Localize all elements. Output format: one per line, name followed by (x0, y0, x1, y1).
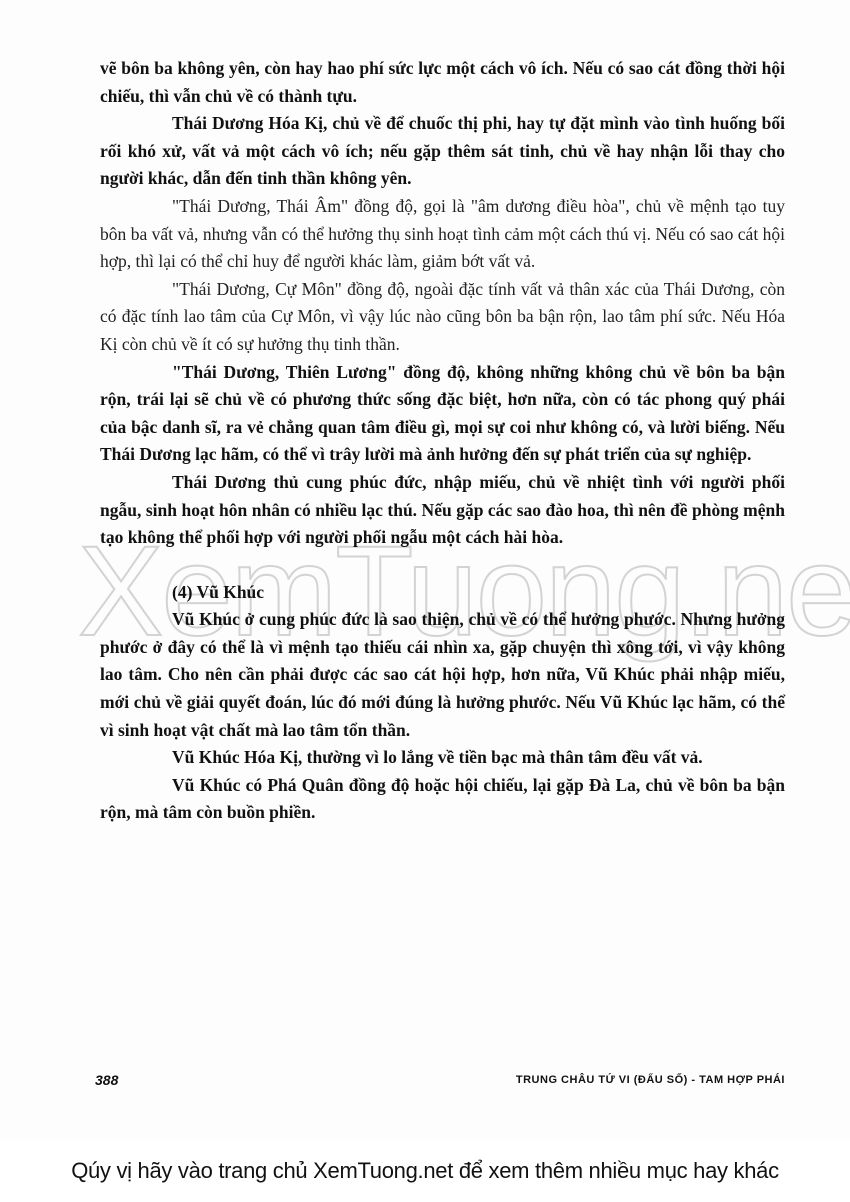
paragraph-6: Thái Dương thủ cung phúc đức, nhập miếu,… (100, 469, 785, 552)
paragraph-2: Thái Dương Hóa Kị, chủ về để chuốc thị p… (100, 110, 785, 193)
body-text: vẽ bôn ba không yên, còn hay hao phí sức… (100, 55, 785, 827)
section-paragraph-3: Vũ Khúc có Phá Quân đồng độ hoặc hội chi… (100, 772, 785, 827)
paragraph-3: "Thái Dương, Thái Âm" đồng độ, gọi là "â… (100, 193, 785, 276)
paragraph-5: "Thái Dương, Thiên Lương" đồng độ, không… (100, 359, 785, 469)
section-paragraph-2: Vũ Khúc Hóa Kị, thường vì lo lắng về tiề… (100, 744, 785, 772)
paragraph-1: vẽ bôn ba không yên, còn hay hao phí sức… (100, 55, 785, 110)
site-promo-banner: Qúy vị hãy vào trang chủ XemTuong.net để… (0, 1158, 850, 1184)
section-heading: (4) Vũ Khúc (100, 579, 785, 607)
scanned-book-page: XemTuong.net vẽ bôn ba không yên, còn ha… (0, 0, 850, 1140)
paragraph-4: "Thái Dương, Cự Môn" đồng độ, ngoài đặc … (100, 276, 785, 359)
page-footer: 388 TRUNG CHÂU TỨ VI (ĐẨU SỐ) - TAM HỢP … (95, 1072, 785, 1092)
page-number: 388 (95, 1072, 118, 1088)
section-paragraph-1: Vũ Khúc ở cung phúc đức là sao thiện, ch… (100, 606, 785, 744)
running-title: TRUNG CHÂU TỨ VI (ĐẨU SỐ) - TAM HỢP PHÁI (516, 1074, 785, 1086)
